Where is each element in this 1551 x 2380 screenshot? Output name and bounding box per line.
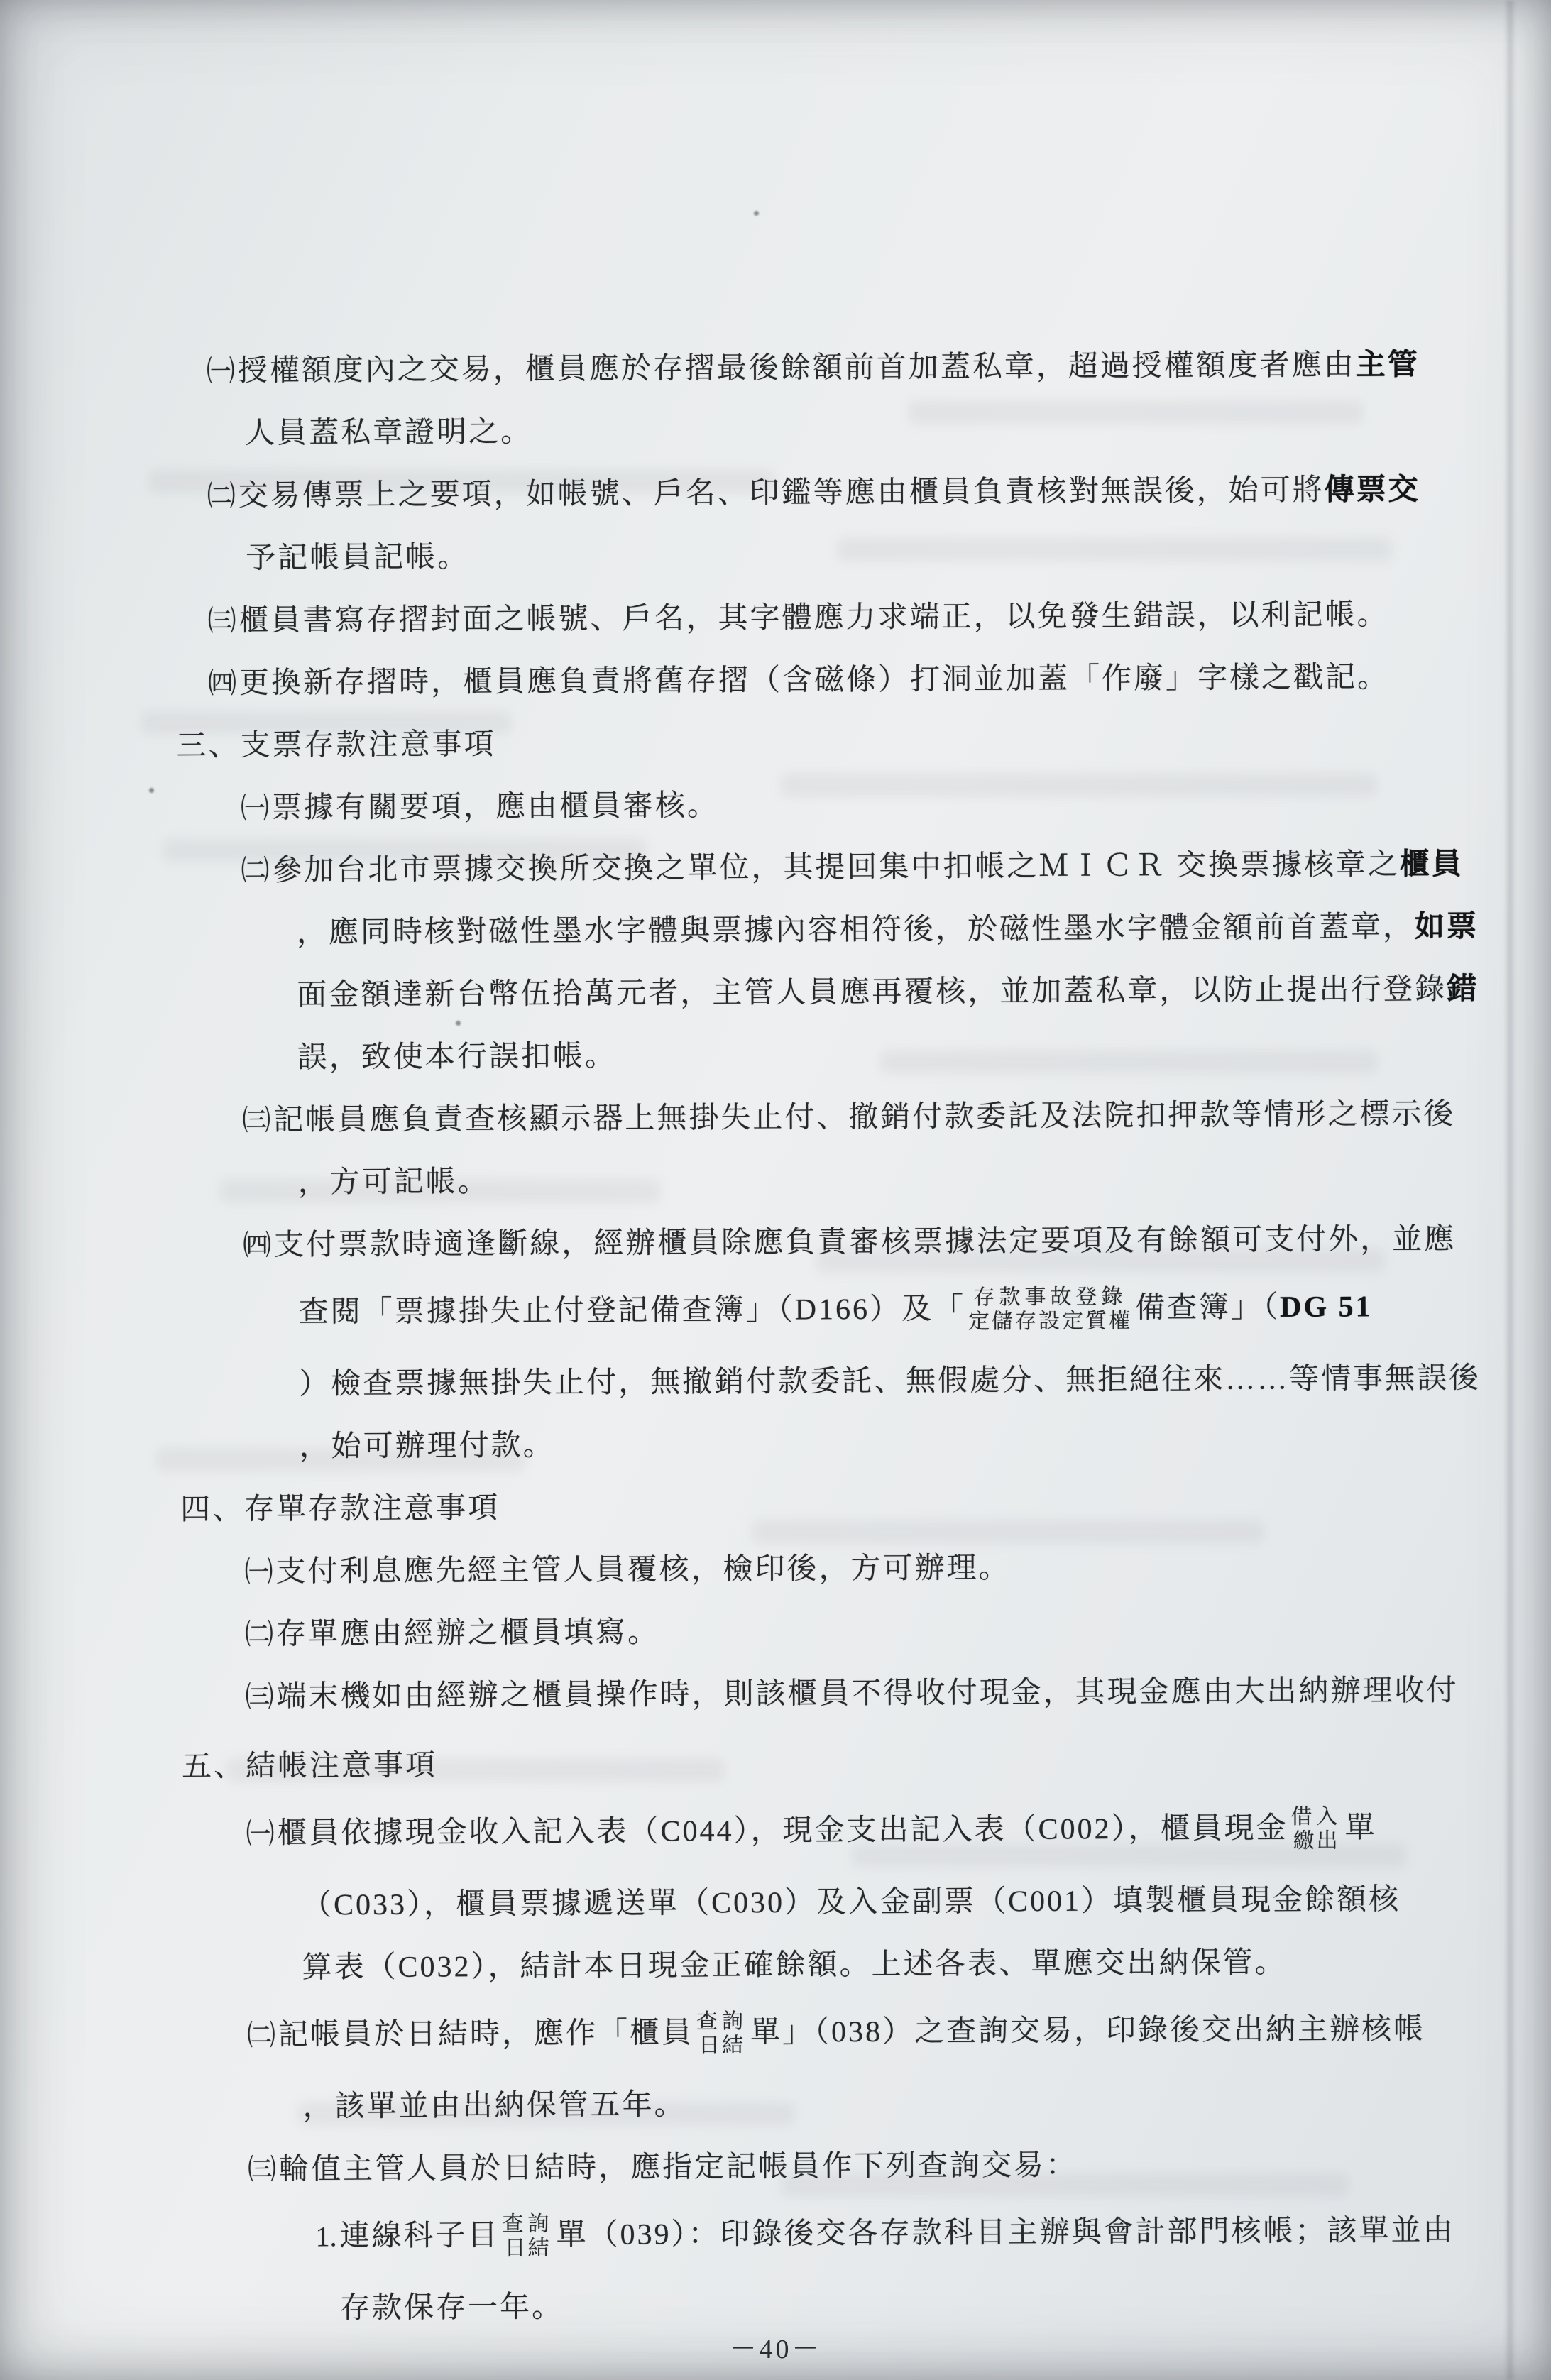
stacked-text-row: 借入 [1290, 1805, 1342, 1829]
text-line: 查閱「票據掛失止付登記備查簿」（D166）及「存款事故登錄定儲存設定質權備查簿」… [0, 1284, 1551, 1340]
text-line: ㈡記帳員於日結時，應作「櫃員查詢日結單」（038）之查詢交易，印錄後交出納主辦核… [4, 2007, 1551, 2063]
list-marker: ㈣ [243, 1229, 271, 1261]
text-line: （C033），櫃員票據遞送單（C030）及入金副票（C001）填製櫃員現金餘額核 [3, 1882, 1551, 1924]
text-run: 予記帳員記帳。 [246, 541, 469, 575]
text-run: 面金額達新台幣伍拾萬元者，主管人員應再覆核，並加蓋私章，以防止提出行登錄 [297, 973, 1447, 1011]
text-run: 備查簿」（ [1135, 1291, 1280, 1325]
list-marker: ㈢ [242, 1104, 270, 1136]
text-run: 記帳員於日結時，應作「櫃員 [278, 2017, 694, 2051]
text-run: 五、結帳注意事項 [182, 1750, 437, 1784]
text-line: 誤，致使本行誤扣帳。 [0, 1034, 1550, 1076]
text-run: 輪值主管人員於日結時，應指定記帳員作下列查詢交易： [279, 2149, 1078, 2186]
text-run: 如票 [1415, 911, 1479, 943]
text-run: 單」（038）之查詢交易，印錄後交出納主辦核帳 [750, 2013, 1425, 2049]
list-marker: ㈠ [244, 1556, 273, 1588]
text-run: ，方可記帳。 [298, 1166, 490, 1199]
text-run: ，始可辦理付款。 [300, 1430, 555, 1464]
stacked-text-row: 定儲存設定質權 [968, 1309, 1132, 1334]
list-marker: ㈣ [208, 667, 236, 699]
text-run: ，該單並由出納保管五年。 [302, 2089, 686, 2124]
text-line: ㈡參加台北市票據交換所交換之單位，其提回集中扣帳之ＭＩＣＲ 交換票據核章之櫃員 [0, 847, 1549, 889]
text-run: 櫃員書寫存摺封面之帳號、戶名，其字體應力求端正，以免發生錯誤，以利記帳。 [239, 598, 1388, 637]
text-run: 傳票交 [1325, 473, 1420, 507]
text-line: ㈠授權額度內之交易，櫃員應於存摺最後餘額前首加蓋私章，超過授權額度者應由主管 [0, 347, 1546, 389]
section-heading: 五、結帳注意事項 [2, 1743, 1551, 1784]
list-marker: ㈢ [207, 605, 236, 637]
list-marker: ㈠ [241, 792, 269, 824]
list-marker: ㈡ [207, 480, 236, 512]
text-line: 1.連線科子目查詢日結單（039）：印錄後交各存款科目主辦與會計部門核帳；該單並… [4, 2208, 1551, 2264]
text-line: ㈢端末機如由經辦之櫃員操作時，則該櫃員不得收付現金，其現金應由大出納辦理收付 [1, 1673, 1551, 1715]
text-run: 票據有關要項，應由櫃員審核。 [272, 789, 719, 824]
text-line: 存款保存一年。 [5, 2285, 1551, 2327]
list-marker: ㈢ [248, 2154, 276, 2186]
text-line: ㈢記帳員應負責查核顯示器上無掛失止付、撤銷付款委託及法院扣押款等情形之標示後 [0, 1097, 1550, 1139]
text-run: 支付票款時適逢斷線，經辦櫃員除應負責審核票據法定要項及有餘額可支付外，並應 [274, 1223, 1456, 1262]
stacked-text-row: 繳出 [1293, 1829, 1340, 1853]
text-run: 查閱「票據掛失止付登記備查簿」（D166）及「 [299, 1293, 966, 1329]
list-marker: ㈡ [241, 855, 269, 887]
text-line: ㈣支付票款時適逢斷線，經辦櫃員除應負責審核票據法定要項及有餘額可支付外，並應 [0, 1222, 1550, 1263]
text-run: 支付利息應先經主管人員覆核，檢印後，方可辦理。 [275, 1552, 1010, 1588]
text-line: ㈠票據有關要項，應由櫃員審核。 [0, 784, 1548, 826]
section-heading: 三、支票存款注意事項 [0, 722, 1548, 764]
text-run: 三、支票存款注意事項 [176, 728, 495, 762]
stacked-text-row: 日結 [698, 2034, 745, 2058]
text-run: 櫃員依據現金收入記入表（C044），現金支出記入表（C002），櫃員現金 [277, 1812, 1288, 1850]
stacked-text-row: 日結 [505, 2237, 552, 2261]
text-run: （C033），櫃員票據遞送單（C030）及入金副票（C001）填製櫃員現金餘額核 [302, 1883, 1401, 1921]
text-run: ）檢查票據無掛失止付，無撤銷付款委託、無假處分、無拒絕往來……等情事無誤後 [299, 1362, 1481, 1401]
text-run: 櫃員 [1400, 848, 1464, 881]
stacked-text: 查詢日結 [502, 2212, 553, 2261]
text-line: ㈠支付利息應先經主管人員覆核，檢印後，方可辦理。 [1, 1548, 1551, 1590]
text-line: ，該單並由出納保管五年。 [4, 2083, 1551, 2125]
text-line: ㈢輪值主管人員於日結時，應指定記帳員作下列查詢交易： [4, 2146, 1551, 2188]
text-run: 存單應由經辦之櫃員填寫。 [276, 1616, 659, 1651]
list-marker: ㈡ [245, 1618, 273, 1650]
text-run: DG 51 [1280, 1290, 1373, 1324]
stacked-text: 借入繳出 [1290, 1805, 1342, 1853]
text-run: 錯 [1447, 973, 1479, 1006]
section-heading: 四、存單存款注意事項 [1, 1486, 1551, 1528]
text-run: 記帳員應負責查核顯示器上無掛失止付、撤銷付款委託及法院扣押款等情形之標示後 [273, 1098, 1455, 1137]
text-line: 面金額達新台幣伍拾萬元者，主管人員應再覆核，並加蓋私章，以防止提出行登錄錯 [0, 972, 1549, 1014]
text-line: ㈡交易傳票上之要項，如帳號、戶名、印鑑等應由櫃員負責核對無誤後，始可將傳票交 [0, 472, 1547, 514]
text-run: 算表（C032），結計本日現金正確餘額。上述各表、單應交出納保管。 [302, 1946, 1286, 1984]
text-run: 單 [1344, 1811, 1376, 1844]
list-marker: ㈠ [246, 1817, 274, 1849]
text-run: 人員蓋私章證明之。 [245, 416, 532, 450]
stacked-text: 查詢日結 [696, 2009, 747, 2058]
text-line: 予記帳員記帳。 [0, 534, 1547, 576]
text-line: ㈢櫃員書寫存摺封面之帳號、戶名，其字體應力求端正，以免發生錯誤，以利記帳。 [0, 597, 1547, 639]
text-run: 連線科子目 [339, 2220, 499, 2253]
scan-speck [754, 211, 759, 216]
text-line: ㈡存單應由經辦之櫃員填寫。 [1, 1611, 1551, 1652]
text-run: 更換新存摺時，櫃員應負責將舊存摺（含磁條）打洞並加蓋「作廢」字樣之戳記。 [239, 661, 1389, 699]
text-line: 算表（C032），結計本日現金正確餘額。上述各表、單應交出納保管。 [3, 1944, 1551, 1986]
text-line: ㈣更換新存摺時，櫃員應負責將舊存摺（含磁條）打洞並加蓋「作廢」字樣之戳記。 [0, 659, 1547, 701]
text-line: ，始可辦理付款。 [1, 1423, 1551, 1465]
text-line: ㈠櫃員依據現金收入記入表（C044），現金支出記入表（C002），櫃員現金借入繳… [2, 1805, 1551, 1861]
list-marker: ㈡ [247, 2019, 275, 2051]
text-run: ，應同時核對磁性墨水字體與票據內容相符後，於磁性墨水字體金額前首蓋章， [297, 911, 1415, 949]
stacked-text-row: 查詢 [696, 2009, 747, 2034]
text-run: 單（039）：印錄後交各存款科目主辦與會計部門核帳；該單並由 [556, 2215, 1454, 2252]
document-body: ㈠授權額度內之交易，櫃員應於存摺最後餘額前首加蓋私章，超過授權額度者應由主管人員… [0, 347, 1551, 2355]
list-marker: ㈠ [207, 355, 235, 387]
stacked-text-row: 存款事故登錄 [973, 1285, 1127, 1310]
page-number: －40－ [0, 2327, 1551, 2366]
text-line: ）檢查票據無掛失止付，無撤銷付款委託、無假處分、無拒絕往來……等情事無誤後 [0, 1361, 1551, 1403]
list-marker: ㈢ [245, 1681, 273, 1713]
text-run: 存款保存一年。 [340, 2291, 564, 2325]
text-run: 授權額度內之交易，櫃員應於存摺最後餘額前首加蓋私章，超過授權額度者應由 [238, 349, 1356, 388]
text-run: 誤，致使本行誤扣帳。 [297, 1040, 617, 1074]
list-marker: 1. [315, 2220, 336, 2252]
text-run: 交易傳票上之要項，如帳號、戶名、印鑑等應由櫃員負責核對無誤後，始可將 [239, 474, 1325, 512]
document-page: ㈠授權額度內之交易，櫃員應於存摺最後餘額前首加蓋私章，超過授權額度者應由主管人員… [0, 0, 1551, 2380]
text-run: 參加台北市票據交換所交換之單位，其提回集中扣帳之ＭＩＣＲ 交換票據核章之 [272, 848, 1400, 887]
text-run: 四、存單存款注意事項 [180, 1492, 500, 1526]
stacked-text-row: 查詢 [502, 2212, 553, 2237]
text-run: 主管 [1356, 349, 1420, 381]
text-line: ，應同時核對磁性墨水字體與票據內容相符後，於磁性墨水字體金額前首蓋章，如票 [0, 909, 1549, 951]
text-run: 端末機如由經辦之櫃員操作時，則該櫃員不得收付現金，其現金應由大出納辦理收付 [276, 1674, 1458, 1713]
text-line: 人員蓋私章證明之。 [0, 410, 1546, 451]
stacked-text: 存款事故登錄定儲存設定質權 [968, 1285, 1132, 1334]
text-line: ，方可記帳。 [0, 1159, 1550, 1201]
